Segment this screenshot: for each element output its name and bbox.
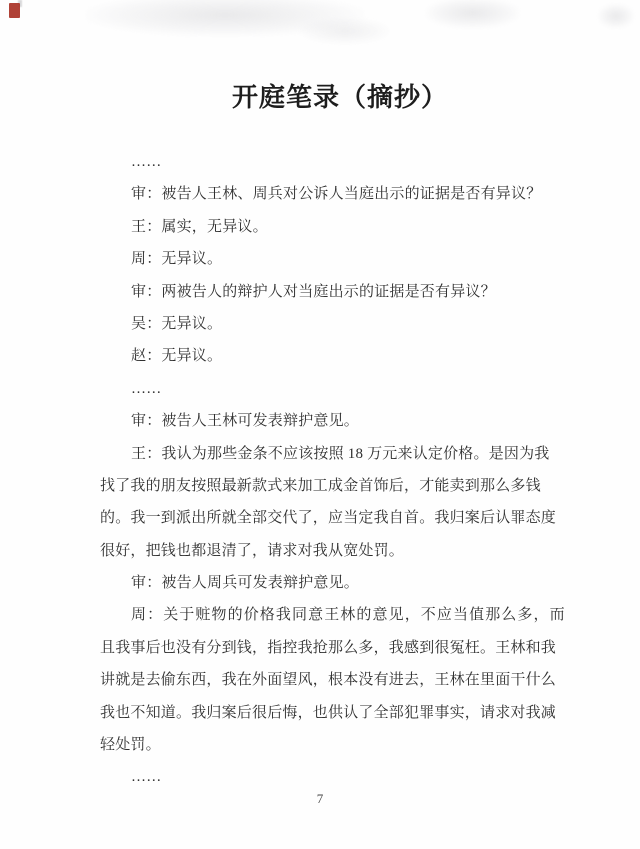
transcript-line: …… <box>100 761 548 793</box>
scan-smudge <box>85 0 365 36</box>
transcript-line: 审：被告人周兵可发表辩护意见。 <box>100 567 548 599</box>
transcript-line: 审：被告人王林可发表辩护意见。 <box>100 405 548 437</box>
transcript-line: 审：两被告人的辩护人对当庭出示的证据是否有异议？ <box>100 276 548 308</box>
red-corner-mark <box>9 3 20 18</box>
page-number: 7 <box>0 791 640 807</box>
transcript-line: 审：被告人王林、周兵对公诉人当庭出示的证据是否有异议？ <box>100 178 548 210</box>
scan-smudge <box>598 4 634 28</box>
transcript-body: ……审：被告人王林、周兵对公诉人当庭出示的证据是否有异议？王：属实，无异议。周：… <box>100 146 548 794</box>
transcript-line: 赵：无异议。 <box>100 340 548 372</box>
transcript-line: 讲就是去偷东西，我在外面望风，根本没有进去，王林在里面干什么 <box>100 664 548 696</box>
transcript-line: 吴：无异议。 <box>100 308 548 340</box>
scan-smudge <box>300 18 390 44</box>
transcript-line: 找了我的朋友按照最新款式来加工成金首饰后，才能卖到那么多钱 <box>100 470 548 502</box>
transcript-line: 周：无异议。 <box>100 243 548 275</box>
document-page: 开庭笔录（摘抄） ……审：被告人王林、周兵对公诉人当庭出示的证据是否有异议？王：… <box>0 0 640 849</box>
transcript-line: 王：我认为那些金条不应该按照 18 万元来认定价格。是因为我 <box>100 438 548 470</box>
transcript-line: …… <box>100 373 548 405</box>
transcript-line: 王：属实，无异议。 <box>100 211 548 243</box>
transcript-line: 的。我一到派出所就全部交代了，应当定我自首。我归案后认罪态度 <box>100 502 548 534</box>
transcript-line: …… <box>100 146 548 178</box>
page-title: 开庭笔录（摘抄） <box>20 82 640 114</box>
transcript-line: 轻处罚。 <box>100 729 548 761</box>
transcript-line: 我也不知道。我归案后很后悔，也供认了全部犯罪事实，请求对我减 <box>100 697 548 729</box>
transcript-line: 周：关于赃物的价格我同意王林的意见，不应当值那么多，而 <box>100 599 548 631</box>
transcript-line: 且我事后也没有分到钱，指控我抢那么多，我感到很冤枉。王林和我 <box>100 632 548 664</box>
scan-smudge <box>425 0 520 28</box>
transcript-line: 很好，把钱也都退清了，请求对我从宽处罚。 <box>100 535 548 567</box>
